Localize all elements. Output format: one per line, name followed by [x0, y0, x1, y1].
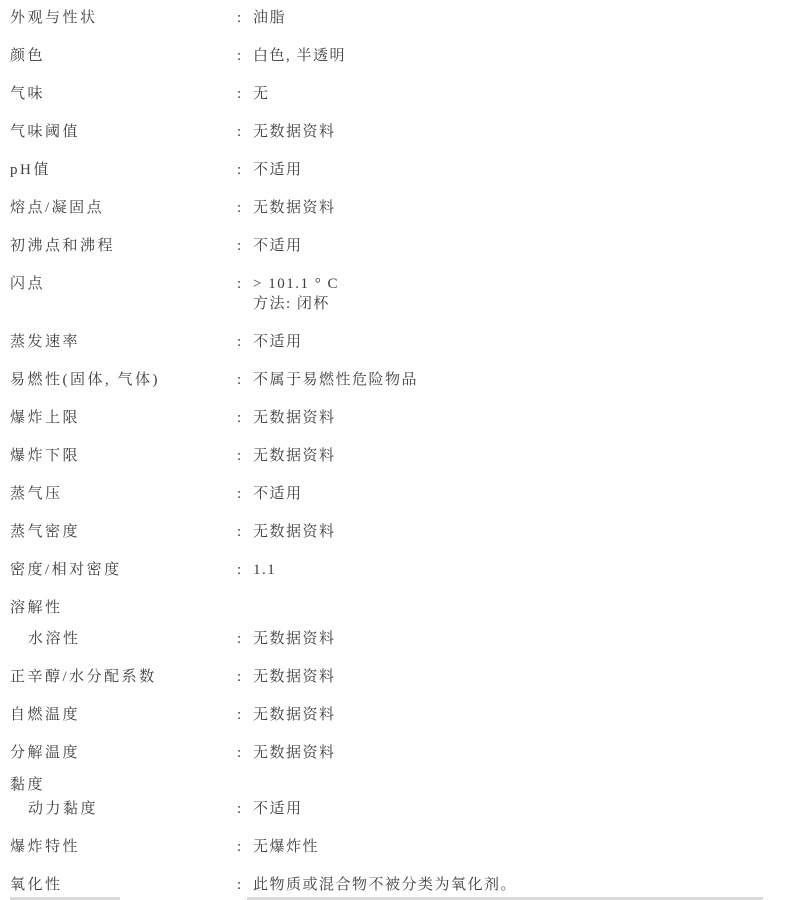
property-row-lower-explosion-limit: 爆炸下限 : 无数据资料 — [10, 446, 780, 466]
property-row-decomposition-temperature: 分解温度 : 无数据资料 — [10, 743, 780, 763]
colon-separator: : — [237, 8, 253, 28]
property-row-partition-coefficient: 正辛醇/水分配系数 : 无数据资料 — [10, 667, 780, 687]
property-label: 爆炸下限 — [10, 446, 237, 466]
colon-separator: : — [237, 484, 253, 504]
property-group-label: 溶解性 — [10, 598, 237, 618]
property-value: 不适用 — [253, 332, 780, 352]
property-value: 无爆炸性 — [253, 837, 780, 857]
colon-separator: : — [237, 705, 253, 725]
colon-separator: : — [237, 46, 253, 66]
property-row-dynamic-viscosity: 动力黏度 : 不适用 — [10, 799, 780, 819]
colon-separator: : — [237, 522, 253, 542]
property-label: 水溶性 — [10, 629, 237, 649]
property-value: 不属于易燃性危险物品 — [253, 370, 780, 390]
property-row-evaporation-rate: 蒸发速率 : 不适用 — [10, 332, 780, 352]
physical-chemical-properties-sheet: 外观与性状 : 油脂 颜色 : 白色, 半透明 气味 : 无 气味阈值 : 无数… — [0, 0, 790, 900]
colon-separator: : — [237, 446, 253, 466]
property-value: 不适用 — [253, 799, 780, 819]
property-row-odor: 气味 : 无 — [10, 84, 780, 104]
property-value: 油脂 — [253, 8, 780, 28]
property-row-flammability: 易燃性(固体, 气体) : 不属于易燃性危险物品 — [10, 370, 780, 390]
property-label: 自燃温度 — [10, 705, 237, 725]
colon-separator: : — [237, 408, 253, 428]
property-row-explosive-properties: 爆炸特性 : 无爆炸性 — [10, 837, 780, 857]
property-group-viscosity: 黏度 — [10, 775, 780, 795]
property-row-vapor-density: 蒸气密度 : 无数据资料 — [10, 522, 780, 542]
property-row-water-solubility: 水溶性 : 无数据资料 — [10, 629, 780, 649]
property-value: 无数据资料 — [253, 522, 780, 542]
flash-point-method: 方法: 闭杯 — [253, 294, 780, 314]
property-value: 无 — [253, 84, 780, 104]
property-value: 无数据资料 — [253, 122, 780, 142]
property-value: 无数据资料 — [253, 446, 780, 466]
property-label: 外观与性状 — [10, 8, 237, 28]
property-label: 气味 — [10, 84, 237, 104]
property-row-ph: pH值 : 不适用 — [10, 160, 780, 180]
property-value: 无数据资料 — [253, 705, 780, 725]
property-row-melting-point: 熔点/凝固点 : 无数据资料 — [10, 198, 780, 218]
property-row-color: 颜色 : 白色, 半透明 — [10, 46, 780, 66]
property-value: 无数据资料 — [253, 743, 780, 763]
colon-separator: : — [237, 160, 253, 180]
colon-separator: : — [237, 332, 253, 352]
property-label: 密度/相对密度 — [10, 560, 237, 580]
property-label: 爆炸特性 — [10, 837, 237, 857]
property-row-upper-explosion-limit: 爆炸上限 : 无数据资料 — [10, 408, 780, 428]
property-label: 正辛醇/水分配系数 — [10, 667, 237, 687]
property-value: 不适用 — [253, 236, 780, 256]
property-row-boiling-point: 初沸点和沸程 : 不适用 — [10, 236, 780, 256]
colon-separator: : — [237, 799, 253, 819]
property-label: 初沸点和沸程 — [10, 236, 237, 256]
property-value: 1.1 — [253, 560, 780, 580]
property-group-label: 黏度 — [10, 775, 237, 795]
property-label: 闪点 — [10, 274, 237, 294]
colon-separator: : — [237, 560, 253, 580]
colon-separator: : — [237, 84, 253, 104]
property-label: 气味阈值 — [10, 122, 237, 142]
property-label: pH值 — [10, 160, 237, 180]
property-label: 爆炸上限 — [10, 408, 237, 428]
property-row-autoignition-temperature: 自燃温度 : 无数据资料 — [10, 705, 780, 725]
property-label: 易燃性(固体, 气体) — [10, 370, 237, 390]
property-row-density: 密度/相对密度 : 1.1 — [10, 560, 780, 580]
colon-separator: : — [237, 875, 253, 895]
property-value: 无数据资料 — [253, 667, 780, 687]
property-value: 无数据资料 — [253, 198, 780, 218]
colon-separator: : — [237, 198, 253, 218]
property-label: 蒸气密度 — [10, 522, 237, 542]
property-label: 蒸气压 — [10, 484, 237, 504]
property-label: 氧化性 — [10, 875, 237, 895]
colon-separator: : — [237, 667, 253, 687]
colon-separator: : — [237, 236, 253, 256]
property-value: 不适用 — [253, 484, 780, 504]
property-label: 颜色 — [10, 46, 237, 66]
colon-separator: : — [237, 370, 253, 390]
property-label: 分解温度 — [10, 743, 237, 763]
property-value: 无数据资料 — [253, 629, 780, 649]
property-value: 无数据资料 — [253, 408, 780, 428]
property-row-oxidizing-properties: 氧化性 : 此物质或混合物不被分类为氧化剂。 — [10, 875, 780, 895]
property-value: > 101.1 ° C方法: 闭杯 — [253, 274, 780, 314]
colon-separator: : — [237, 837, 253, 857]
flash-point-value: > 101.1 ° C — [253, 276, 339, 292]
colon-separator: : — [237, 122, 253, 142]
property-row-odor-threshold: 气味阈值 : 无数据资料 — [10, 122, 780, 142]
property-row-appearance: 外观与性状 : 油脂 — [10, 8, 780, 28]
property-value: 白色, 半透明 — [253, 46, 780, 66]
property-value: 不适用 — [253, 160, 780, 180]
colon-separator: : — [237, 743, 253, 763]
colon-separator: : — [237, 629, 253, 649]
property-label: 熔点/凝固点 — [10, 198, 237, 218]
colon-separator: : — [237, 274, 253, 294]
property-label: 蒸发速率 — [10, 332, 237, 352]
property-label: 动力黏度 — [10, 799, 237, 819]
property-group-solubility: 溶解性 — [10, 598, 780, 618]
property-value: 此物质或混合物不被分类为氧化剂。 — [253, 875, 780, 895]
property-row-flash-point: 闪点 : > 101.1 ° C方法: 闭杯 — [10, 274, 780, 314]
property-row-vapor-pressure: 蒸气压 : 不适用 — [10, 484, 780, 504]
